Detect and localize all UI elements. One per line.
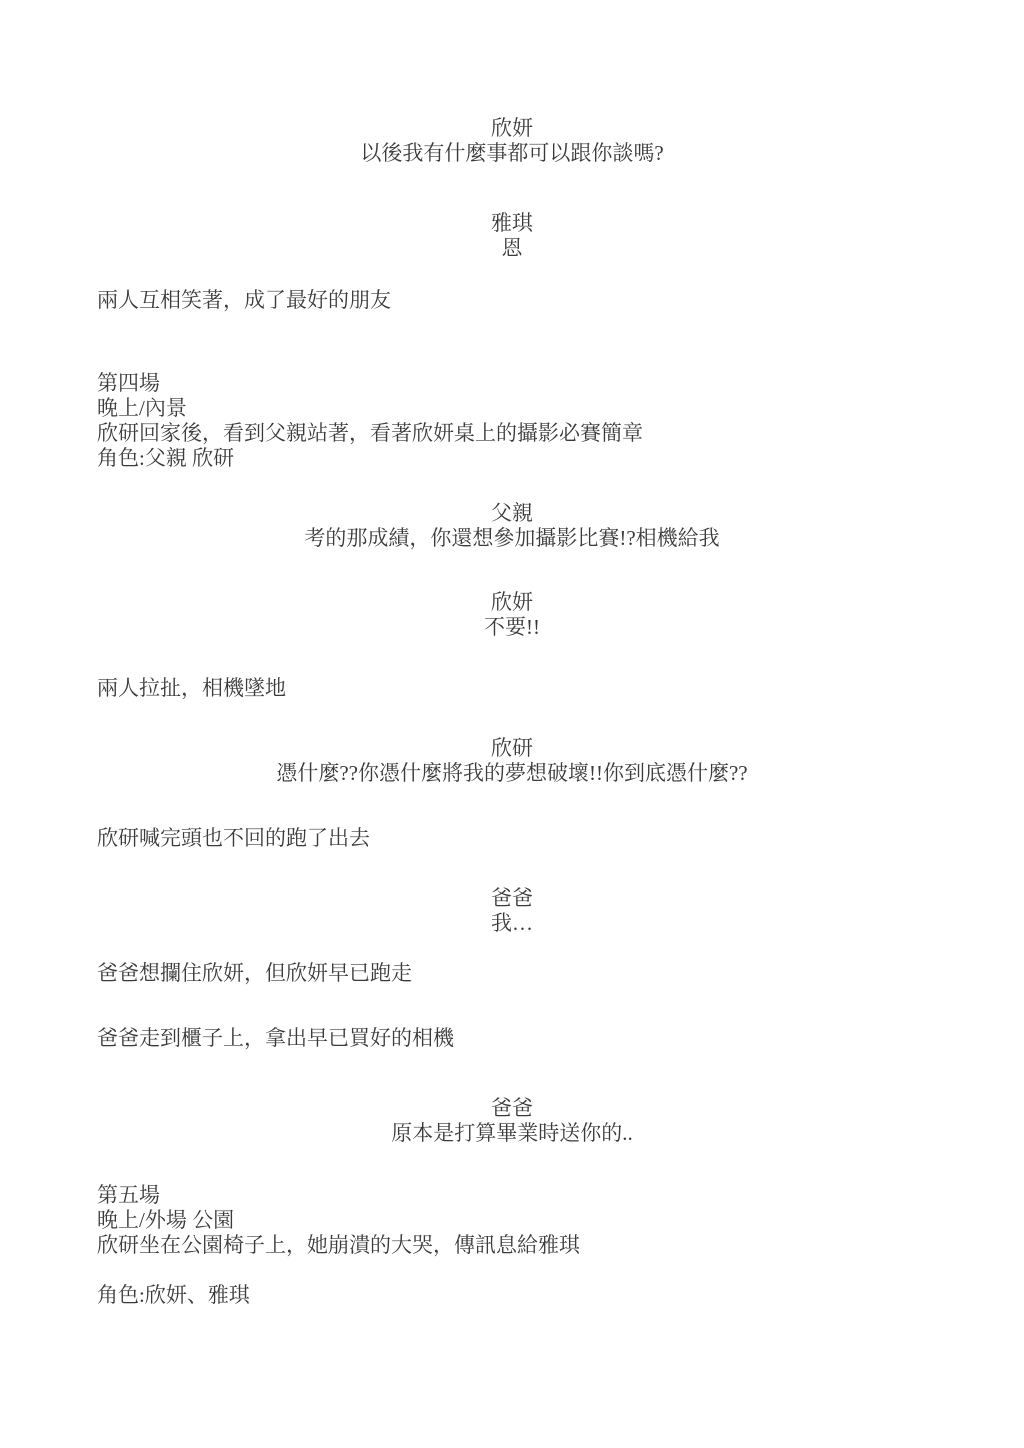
character-name: 欣妍: [97, 590, 927, 615]
scene-number: 第四場: [97, 371, 927, 396]
character-name: 雅琪: [97, 211, 927, 236]
action-line: 欣研喊完頭也不回的跑了出去: [97, 826, 927, 851]
scene-description: 欣研坐在公園椅子上，她崩潰的大哭，傳訊息給雅琪: [97, 1233, 927, 1258]
dialogue-line: 以後我有什麼事都可以跟你談嗎?: [97, 141, 927, 166]
scene-characters: 角色:欣妍、雅琪: [97, 1283, 927, 1308]
script-content: 欣妍 以後我有什麼事都可以跟你談嗎? 雅琪 恩 兩人互相笑著，成了最好的朋友 第…: [97, 116, 927, 1308]
dialogue-block-xinyan-1: 欣妍 以後我有什麼事都可以跟你談嗎?: [97, 116, 927, 166]
dialogue-line: 考的那成績，你還想參加攝影比賽!?相機給我: [97, 526, 927, 551]
dialogue-line: 不要!!: [97, 615, 927, 640]
dialogue-line: 原本是打算畢業時送你的..: [97, 1121, 927, 1146]
action-block-run-out: 欣研喊完頭也不回的跑了出去: [97, 826, 927, 851]
character-name: 爸爸: [97, 1096, 927, 1121]
character-name: 爸爸: [97, 886, 927, 911]
scene-heading-5: 第五場 晚上/外場 公園 欣研坐在公園椅子上，她崩潰的大哭，傳訊息給雅琪: [97, 1183, 927, 1258]
script-page: 欣妍 以後我有什麼事都可以跟你談嗎? 雅琪 恩 兩人互相笑著，成了最好的朋友 第…: [0, 0, 1024, 1448]
dialogue-block-xinyan-2: 欣妍 不要!!: [97, 590, 927, 640]
action-block-friends: 兩人互相笑著，成了最好的朋友: [97, 288, 927, 313]
dialogue-line: 我…: [97, 911, 927, 936]
character-name: 欣妍: [97, 116, 927, 141]
scene-time-location: 晚上/內景: [97, 396, 927, 421]
dialogue-block-dad-2: 爸爸 原本是打算畢業時送你的..: [97, 1096, 927, 1146]
action-line: 爸爸想攔住欣妍，但欣妍早已跑走: [97, 961, 927, 986]
action-block-struggle: 兩人拉扯，相機墜地: [97, 676, 927, 701]
action-block-stop-her: 爸爸想攔住欣妍，但欣妍早已跑走: [97, 961, 927, 986]
dialogue-line: 恩: [97, 236, 927, 261]
character-name: 父親: [97, 501, 927, 526]
character-name: 欣研: [97, 736, 927, 761]
dialogue-block-father: 父親 考的那成績，你還想參加攝影比賽!?相機給我: [97, 501, 927, 551]
scene-description: 欣研回家後，看到父親站著，看著欣妍桌上的攝影必賽簡章: [97, 421, 927, 446]
dialogue-block-xinyan-3: 欣研 憑什麼??你憑什麼將我的夢想破壞!!你到底憑什麼??: [97, 736, 927, 786]
dialogue-line: 憑什麼??你憑什麼將我的夢想破壞!!你到底憑什麼??: [97, 761, 927, 786]
dialogue-block-dad-1: 爸爸 我…: [97, 886, 927, 936]
action-line: 兩人拉扯，相機墜地: [97, 676, 927, 701]
scene-characters-5: 角色:欣妍、雅琪: [97, 1283, 927, 1308]
scene-heading-4: 第四場 晚上/內景 欣研回家後，看到父親站著，看著欣妍桌上的攝影必賽簡章 角色:…: [97, 371, 927, 471]
scene-characters: 角色:父親 欣研: [97, 446, 927, 471]
action-block-cabinet-camera: 爸爸走到櫃子上，拿出早已買好的相機: [97, 1026, 927, 1051]
action-line: 爸爸走到櫃子上，拿出早已買好的相機: [97, 1026, 927, 1051]
scene-time-location: 晚上/外場 公園: [97, 1208, 927, 1233]
dialogue-block-yaqi: 雅琪 恩: [97, 211, 927, 261]
scene-number: 第五場: [97, 1183, 927, 1208]
action-line: 兩人互相笑著，成了最好的朋友: [97, 288, 927, 313]
